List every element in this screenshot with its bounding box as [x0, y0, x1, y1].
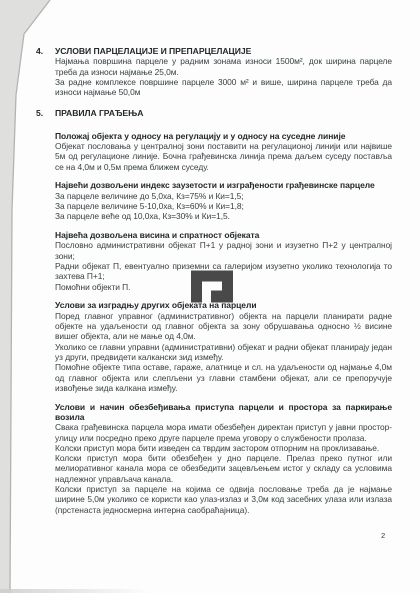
section-number: 5. — [36, 108, 43, 118]
section-number: 4. — [36, 46, 43, 56]
subsection-other-objects: Услови за изградњу других објеката на па… — [55, 300, 392, 393]
paragraph: За парцеле веће од 10,0ха, Кз=30% и Ки=1… — [55, 211, 392, 221]
section-5: 5. ПРАВИЛА ГРАЂЕЊА Положај објекта у одн… — [55, 108, 392, 514]
paragraph: Свака грађевинска парцела мора имати обе… — [55, 422, 392, 443]
paragraph: Објекат пословања у централној зони пост… — [55, 141, 392, 172]
paragraph: Уколико се главни управни (административ… — [55, 342, 392, 363]
paragraph: За парцеле величине 5-10,0ха, Кз=60% и К… — [55, 201, 392, 211]
paragraph: Колски приступ мора бити обезбеђен у дно… — [55, 453, 392, 484]
logo-watermark-icon — [191, 270, 233, 303]
paragraph: Помоћне објекте типа оставе, гараже, ала… — [55, 362, 392, 393]
subsection-access-parking: Услови и начин обезбеђивања приступа пар… — [55, 402, 392, 515]
page-number: 2 — [381, 531, 385, 540]
paragraph: Пословно административни објекат П+1 у р… — [55, 240, 392, 261]
section-title: УСЛОВИ ПАРЦЕЛАЦИЈЕ И ПРЕПАРЦЕЛАЦИЈЕ — [55, 46, 392, 56]
subsection-position: Положај објекта у односу на регулацију и… — [55, 131, 392, 172]
subsection-heading: Највећи дозвољени индекс заузетости и из… — [55, 180, 392, 190]
subsection-heading: Највећа дозвољена висина и спратност обј… — [55, 230, 392, 240]
subsection-heading: Услови и начин обезбеђивања приступа пар… — [55, 402, 392, 423]
section-4: 4. УСЛОВИ ПАРЦЕЛАЦИЈЕ И ПРЕПАРЦЕЛАЦИЈЕ Н… — [55, 46, 392, 97]
scanned-document: { "page_number": "2", "colors": { "paper… — [0, 0, 420, 593]
subsection-index: Највећи дозвољени индекс заузетости и из… — [55, 180, 392, 221]
paragraph: Колски приступ за парцеле на којима се о… — [55, 484, 392, 515]
paragraph: Колски приступ мора бити изведен са тврд… — [55, 443, 392, 453]
paragraph: Најмања површина парцеле у радним зонама… — [55, 56, 392, 77]
paragraph: За радне комплексе површине парцеле 3000… — [55, 77, 392, 98]
paragraph: За парцеле величине до 5,0ха, Кз=75% и К… — [55, 191, 392, 201]
subsection-heading: Положај објекта у односу на регулацију и… — [55, 131, 392, 141]
section-title: ПРАВИЛА ГРАЂЕЊА — [55, 108, 392, 118]
paragraph: Поред главног управног (административног… — [55, 311, 392, 342]
